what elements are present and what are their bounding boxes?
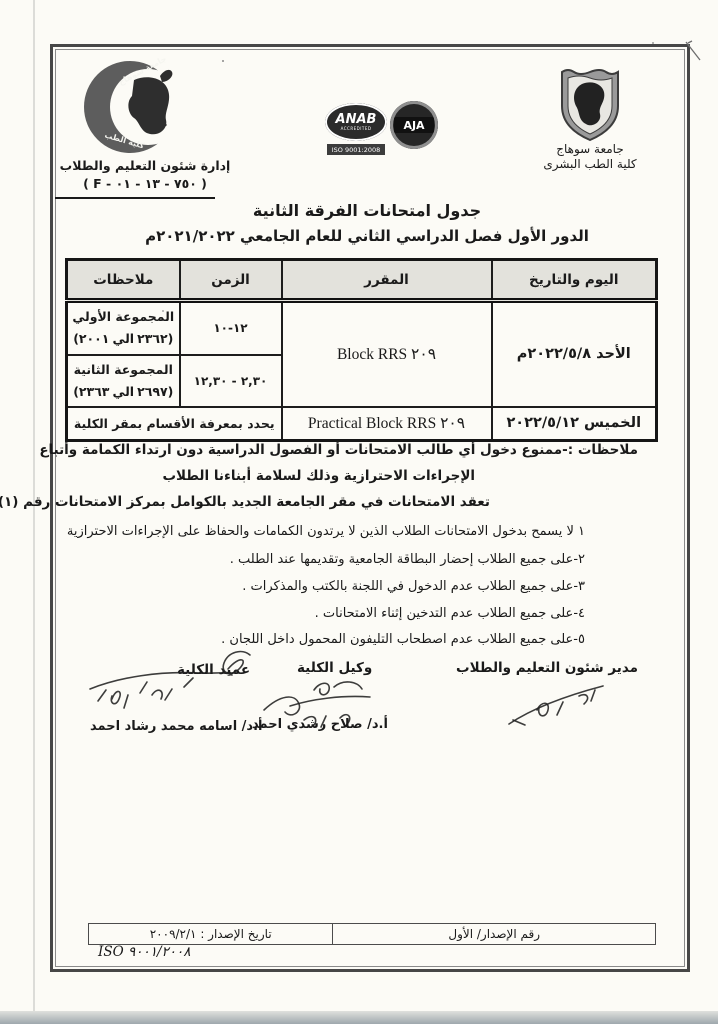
group2-notes-cell: المجموعة الثانية (٢٣٦٣الي٢٦٩٧) [67,355,180,407]
rule-item-1: ١ لا يسمح بدخول الامتحانات الطلاب الذين … [67,524,585,539]
group1-range: (٢٠٠١الي٢٣٦٢) [70,328,177,350]
group1-name: المجموعة الأولي [70,306,177,328]
group2-range: (٢٣٦٣الي٢٦٩٧) [70,381,177,403]
anab-accreditation-stamp: ANAB ACCREDITED [325,103,387,141]
practical-venue-cell: يحدد بمعرفة الأقسام بمقر الكلية [67,407,282,441]
group1-range-word: الي [112,328,134,350]
scan-edge-line [33,0,35,1024]
aja-label: AJA [394,117,434,133]
department-name: إدارة شئون التعليم والطلاب [40,158,250,173]
rule-item-4: ٤-على جميع الطلاب عدم التدخين إثناء الام… [315,606,585,621]
vice-dean-name: أ.د/ صلاح رشدي احمد [252,717,388,732]
anab-label: ANAB [336,114,377,126]
director-title: مدير شئون التعليم والطلاب [456,660,638,676]
group2-range-word: الي [112,381,134,403]
scanner-bottom-band [0,1011,718,1024]
dean-signature-scribble [80,645,252,721]
iso-handwritten-note: ISO ٩٠٠١/٢٠٠٨ [98,944,191,960]
department-code: ( F - ٧٥٠ - ١٣ - ٠١ ) [40,176,250,191]
group2-range-from: (٢٣٦٣ [73,381,109,403]
group2-time-cell: ٢,٣٠ - ١٢,٣٠ [180,355,282,407]
note-line-1: ملاحظات :-ممنوع دخول أي طالب الامتحانات … [39,442,638,458]
faculty-shield-logo [558,66,622,142]
iso-9001-bar: ISO 9001:2008 [327,144,385,155]
issue-date-cell: تاريخ الإصدار : ٢٠٠٩/٢/١ [89,924,332,944]
aja-registrars-stamp: AJA [390,101,438,149]
header-notes: ملاحظات [67,260,180,301]
exam-schedule-table: اليوم والتاريخ المقرر الزمن ملاحظات الأح… [65,258,658,442]
table-row: الخميس ٢٠٢٢/٥/١٢ Practical Block RRS ٢٠٩… [67,407,657,441]
rule-item-3: ٣-على جميع الطلاب عدم الدخول في اللجنة ب… [242,579,585,594]
course-text: Practical Block RRS ٢٠٩ [308,415,465,432]
group1-range-to: ٢٣٦٢) [137,328,173,350]
header-course: المقرر [282,260,492,301]
course-text: Block RRS ٢٠٩ [337,346,436,363]
sunday-course-cell: Block RRS ٢٠٩ [282,301,492,407]
table-header-row: اليوم والتاريخ المقرر الزمن ملاحظات [67,260,657,301]
header-day-date: اليوم والتاريخ [492,260,657,301]
header-time: الزمن [180,260,282,301]
anab-sublabel: ACCREDITED [341,126,372,131]
group1-notes-cell: المجموعة الأولي (٢٠٠١الي٢٣٦٢) [67,301,180,355]
group2-name: المجموعة الثانية [70,359,177,381]
table-row: الأحد ٢٠٢٢/٥/٨م Block RRS ٢٠٩ ١٢-١٠ المج… [67,301,657,355]
page-subtitle: الدور الأول فصل الدراسي الثاني للعام الج… [50,227,684,245]
issue-number-cell: رقم الإصدار/ الأول [332,924,655,944]
rule-item-2: ٢-على جميع الطلاب إحضار البطاقة الجامعية… [230,552,585,567]
director-signature-scribble [497,678,632,734]
page-title: جدول امتحانات الفرقة الثانية [50,201,684,220]
note-line-3: تعقد الامتحانات في مقر الجامعة الجديد با… [0,494,490,510]
group1-time-cell: ١٢-١٠ [180,301,282,355]
note-line-2: الإجراءات الاحترازية وذلك لسلامة أبناءنا… [162,468,475,484]
department-underline [55,197,215,199]
thursday-course-cell: Practical Block RRS ٢٠٩ [282,407,492,441]
scanned-exam-schedule-document: جامعة سوهاج كلية الطب إدارة شئون التعليم… [0,0,718,1024]
rule-item-5: ٥-على جميع الطلاب عدم اصطحاب التليفون ال… [221,632,585,647]
group2-range-to: ٢٦٩٧) [137,381,173,403]
university-name: جامعة سوهاج [535,142,645,156]
group1-range-from: (٢٠٠١ [73,328,109,350]
sunday-date-cell: الأحد ٢٠٢٢/٥/٨م [492,301,657,407]
pen-mark [682,40,704,64]
faculty-name: كلية الطب البشرى [530,157,650,171]
dean-name: أ.د/ اسامه محمد رشاد احمد [90,719,263,734]
thursday-date-cell: الخميس ٢٠٢٢/٥/١٢ [492,407,657,441]
issue-info-table: رقم الإصدار/ الأول تاريخ الإصدار : ٢٠٠٩/… [88,923,656,945]
